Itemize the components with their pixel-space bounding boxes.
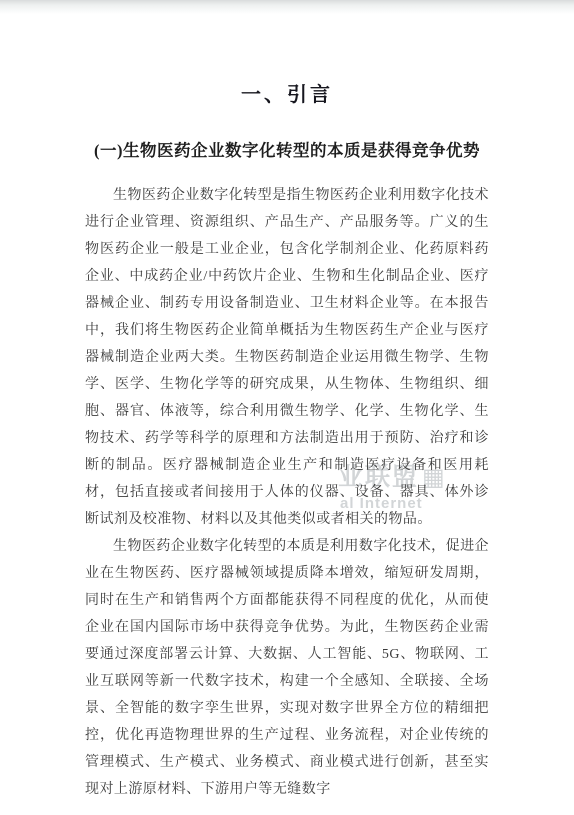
subsection-title: (一)生物医药企业数字化转型的本质是获得竞争优势	[0, 137, 574, 161]
body-text: 生物医药企业数字化转型是指生物医药企业利用数字化技术进行企业管理、资源组织、产品…	[85, 182, 489, 803]
section-title: 一、引言	[0, 0, 574, 107]
page-number: 1	[0, 731, 574, 743]
paragraph-2: 生物医药企业数字化转型的本质是利用数字化技术，促进企业在生物医药、医疗器械领域提…	[85, 533, 489, 803]
document-page: 一、引言 (一)生物医药企业数字化转型的本质是获得竞争优势 业联盟▦ al In…	[0, 0, 574, 815]
paragraph-1: 生物医药企业数字化转型是指生物医药企业利用数字化技术进行企业管理、资源组织、产品…	[85, 182, 489, 533]
